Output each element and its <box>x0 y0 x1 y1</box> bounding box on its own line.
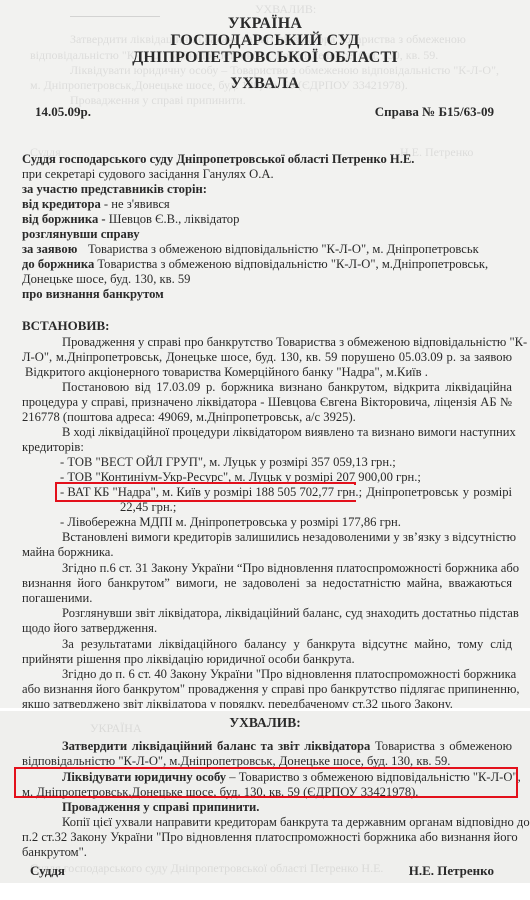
resolution-2-line2: м. Дніпропетровськ,Донецьке шосе, буд. 1… <box>22 785 418 800</box>
p3-line1: В ході ліквідаційної процедури ліквідато… <box>62 425 512 440</box>
p1-line2: Л-О", м.Дніпропетровськ, Донецьке шосе, … <box>22 350 512 365</box>
p7-line1: За результатами ліквідаційного балансу у… <box>62 637 512 652</box>
debtor-label: від боржника - <box>22 212 106 226</box>
p5-line2: визнання його банкрутом” вимоги, не задо… <box>22 576 512 591</box>
resolution-1-line2: відповідальністю "К-Л-О", м.Дніпропетров… <box>22 754 450 769</box>
document-page-bottom: УКРАЇНА Суддя господарського суду Дніпро… <box>0 711 530 883</box>
document-date: 14.05.09р. <box>35 104 91 119</box>
resolution-2-line1: Ліквідувати юридичну особу – Товариство … <box>62 770 512 785</box>
ghost-text: Провадження у справі припинити. <box>70 93 246 108</box>
signature-name: Н.Е. Петренко <box>409 863 494 878</box>
subject-line: про визнання банкрутом <box>22 287 164 302</box>
p8-line2: або визнання його банкрутом" провадження… <box>22 682 512 697</box>
document-type-heading: УХВАЛА <box>0 75 530 92</box>
p7-line2: прийняти рішення про ліквідацію юридично… <box>22 652 355 667</box>
established-heading: ВСТАНОВИВ: <box>22 318 109 333</box>
against-address: Донецьке шосе, буд. 130, кв. 59 <box>22 272 190 287</box>
resolution-1-bold: Затвердити ліквідаційний баланс та звіт … <box>62 739 370 753</box>
signature-role: Суддя <box>30 863 65 878</box>
resolution-4-line1: Копії цієї ухвали направити кредиторам б… <box>62 815 512 830</box>
p5-line1: Згідно п.6 ст. 31 Закону України “Про ві… <box>62 561 512 576</box>
secretary-line: при секретарі судового засідання Ганулях… <box>22 167 274 182</box>
resolution-2-rest: – Товариство з обмеженою відповідальніст… <box>226 770 521 784</box>
resolved-heading: УХВАЛИВ: <box>0 715 530 730</box>
creditor-item: - ТОВ "Континіум-Укр-Ресурс", м. Луцьк у… <box>60 470 421 485</box>
creditor-item: - ТОВ "ВЕСТ ОЙЛ ГРУП", м. Луцьк у розмір… <box>60 455 396 470</box>
debtor-line: від боржника - Шевцов Є.В., ліквідатор <box>22 212 239 227</box>
creditor-item: - Дніпропетровське обласне відділення ФС… <box>60 485 512 500</box>
judge-line: Суддя господарського суду Дніпропетровсь… <box>22 152 414 167</box>
against-line: до боржника Товариства з обмеженою відпо… <box>22 257 488 272</box>
p4-line1: Встановлені вимоги кредиторів залишились… <box>62 530 512 545</box>
ghost-text: Суддя господарського суду Дніпропетровсь… <box>30 861 383 876</box>
p8-line1: Згідно до п. 6 ст. 40 Закону України "Пр… <box>62 667 512 682</box>
creditor-item: - Лівобережна МДПІ м. Дніпропетровська у… <box>60 515 401 530</box>
p2-line2: процедура у справі, призначено ліквідато… <box>22 395 512 410</box>
resolution-4-line3: банкрутом". <box>22 845 87 860</box>
document-page-top: УХВАЛИВ: Затвердити ліквідаційний баланс… <box>0 0 530 708</box>
creditor-label: від кредитора <box>22 197 101 211</box>
resolution-4-line2: п.2 ст.32 Закону України "Про відновленн… <box>22 830 512 845</box>
resolution-1-line1: Затвердити ліквідаційний баланс та звіт … <box>62 739 512 754</box>
p2-line1: Постановою від 17.03.09 р. боржника визн… <box>62 380 512 395</box>
participation-label: за участю представників сторін: <box>22 182 207 197</box>
debtor-value: Шевцов Є.В., ліквідатор <box>106 212 240 226</box>
creditor-value: - не з'явився <box>101 197 170 211</box>
against-label: до боржника <box>22 257 94 271</box>
p6-line2: щодо його затвердження. <box>22 621 157 636</box>
p3-line2: кредиторів: <box>22 440 84 455</box>
resolution-1-rest: Товариства з обмеженою <box>370 739 512 753</box>
p2-line3: 216778 (поштова адреса: 49069, м.Дніпроп… <box>22 410 356 425</box>
p6-line1: Розглянувши звіт ліквідатора, ліквідацій… <box>62 606 512 621</box>
p4-line2: майна боржника. <box>22 545 114 560</box>
resolution-2-bold: Ліквідувати юридичну особу <box>62 770 226 784</box>
court-name-line1: ГОСПОДАРСЬКИЙ СУД <box>0 32 530 49</box>
country-heading: УКРАЇНА <box>0 15 530 32</box>
case-number: Справа № Б15/63-09 <box>375 104 494 119</box>
p1-line3: Відкритого акціонерного товариства Комер… <box>25 365 428 380</box>
creditor-line: від кредитора - не з'явився <box>22 197 170 212</box>
p8-line3: якщо затверджено звіт ліквідатора у поря… <box>22 697 453 708</box>
application-label: за заявою <box>22 242 77 257</box>
resolution-3: Провадження у справі припинити. <box>62 800 259 815</box>
p1-line1: Провадження у справі про банкрутство Тов… <box>62 335 512 350</box>
court-name-line2: ДНІПРОПЕТРОВСЬКОЇ ОБЛАСТІ <box>0 49 530 66</box>
against-value: Товариства з обмеженою відповідальністю … <box>94 257 488 271</box>
application-value: Товариства з обмеженою відповідальністю … <box>88 242 479 257</box>
reviewed-label: розглянувши справу <box>22 227 140 242</box>
creditor-item-continued: 22,45 грн.; <box>120 500 176 515</box>
p5-line3: погашеними. <box>22 591 92 606</box>
